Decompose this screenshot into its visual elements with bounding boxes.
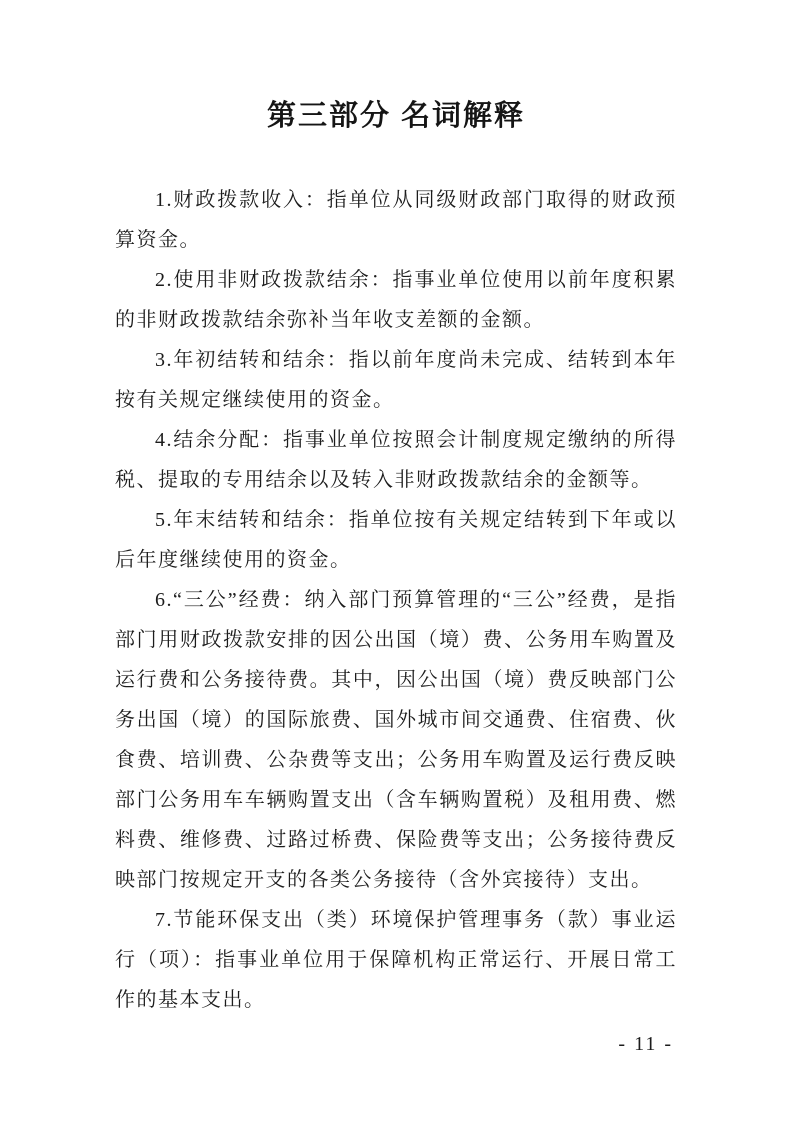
definition-paragraph-4: 4.结余分配：指事业单位按照会计制度规定缴纳的所得税、提取的专用结余以及转入非财… bbox=[115, 420, 677, 500]
page-content: 第三部分 名词解释 1.财政拨款收入：指单位从同级财政部门取得的财政预算资金。 … bbox=[115, 0, 677, 1122]
page-number: - 11 - bbox=[115, 1030, 677, 1058]
page-title: 第三部分 名词解释 bbox=[115, 96, 677, 136]
definition-paragraph-3: 3.年初结转和结余：指以前年度尚未完成、结转到本年按有关规定继续使用的资金。 bbox=[115, 340, 677, 420]
definition-paragraph-2: 2.使用非财政拨款结余：指事业单位使用以前年度积累的非财政拨款结余弥补当年收支差… bbox=[115, 260, 677, 340]
definition-paragraph-1: 1.财政拨款收入：指单位从同级财政部门取得的财政预算资金。 bbox=[115, 180, 677, 260]
document-page: 第三部分 名词解释 1.财政拨款收入：指单位从同级财政部门取得的财政预算资金。 … bbox=[0, 0, 793, 1122]
definition-paragraph-6: 6.“三公”经费：纳入部门预算管理的“三公”经费，是指部门用财政拨款安排的因公出… bbox=[115, 580, 677, 900]
definitions-section: 1.财政拨款收入：指单位从同级财政部门取得的财政预算资金。 2.使用非财政拨款结… bbox=[115, 180, 677, 1020]
definition-paragraph-5: 5.年末结转和结余：指单位按有关规定结转到下年或以后年度继续使用的资金。 bbox=[115, 500, 677, 580]
definition-paragraph-7: 7.节能环保支出（类）环境保护管理事务（款）事业运行（项）：指事业单位用于保障机… bbox=[115, 900, 677, 1020]
